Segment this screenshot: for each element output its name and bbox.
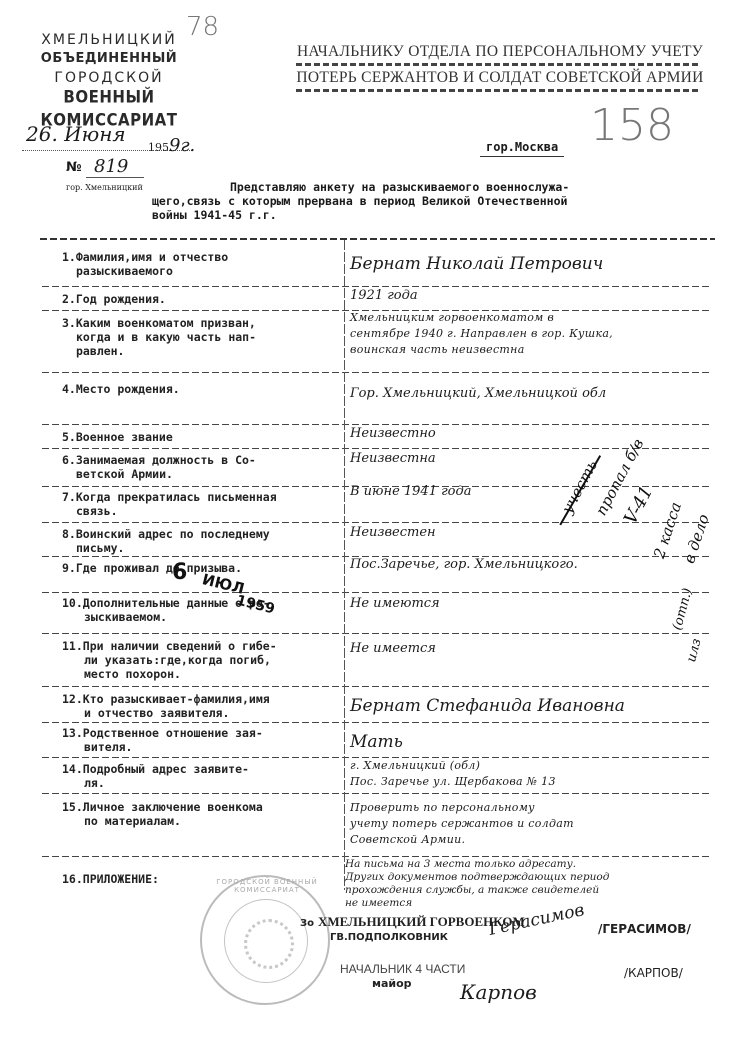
form-field-label: 8.Воинский адрес по последнемуписьму. — [62, 527, 337, 555]
addressee-divider — [296, 89, 700, 92]
label-line: связь. — [62, 504, 337, 518]
form-field-answer: 1921 года — [350, 288, 720, 304]
form-field-answer: Проверить по персональномуучету потерь с… — [350, 800, 720, 848]
row-divider — [42, 633, 712, 634]
label-line: 11.При наличии сведений о гибе- — [62, 639, 337, 653]
label-line: 10.Дополнительные данные о ро- — [62, 596, 337, 610]
date-year: 1959г. — [148, 135, 195, 156]
addressee-city: гор.Москва — [480, 140, 564, 157]
form-field-answer: г. Хмельницкий (обл)Пос. Заречье ул. Щер… — [350, 758, 720, 790]
year-prefix: 195 — [148, 141, 169, 154]
form-field-label: 13.Родственное отношение зая-вителя. — [62, 726, 337, 754]
chief-name: /КАРПОВ/ — [624, 966, 683, 980]
answer-line: Не имеется — [350, 641, 720, 657]
label-line: 3.Каким военкоматом призван, — [62, 316, 337, 330]
row-divider — [42, 286, 712, 287]
answer-line: г. Хмельницкий (обл) — [350, 758, 720, 774]
bottom-note: На письма на 3 места только адресату. Др… — [345, 858, 725, 910]
received-stamp-day: 6 — [172, 560, 187, 585]
label-line: по материалам. — [62, 814, 337, 828]
form-field-label: 9.Где проживал до призыва. — [62, 561, 337, 575]
label-line: 9.Где проживал до призыва. — [62, 561, 337, 575]
intro-paragraph: Представляю анкету на разыскиваемого вое… — [152, 180, 707, 222]
form-field-label: 5.Военное звание — [62, 430, 337, 444]
label-line: место похорон. — [62, 667, 337, 681]
form-field-answer: Не имеются — [350, 596, 720, 612]
archive-number-right: 158 — [590, 100, 674, 151]
commissar-rank: ГВ.ПОДПОЛКОВНИК — [330, 932, 448, 943]
answer-line: Неизвестна — [350, 451, 720, 467]
label-line: разыскиваемого — [62, 264, 337, 278]
form-field-label: 3.Каким военкоматом призван,когда и в ка… — [62, 316, 337, 358]
label-line: 7.Когда прекратилась письменная — [62, 490, 337, 504]
form-field-label: 10.Дополнительные данные о ро-зыскиваемо… — [62, 596, 337, 624]
form-field-label: 12.Кто разыскивает-фамилия,имяи отчество… — [62, 692, 337, 720]
row-divider — [42, 424, 712, 425]
bottom-note-line: не имеется — [345, 897, 725, 910]
label-line: 12.Кто разыскивает-фамилия,имя — [62, 692, 337, 706]
answer-line: Проверить по персональному — [350, 800, 720, 816]
answer-line: Гор. Хмельницкий, Хмельницкой обл — [350, 386, 720, 402]
answer-line: Бернат Стефанида Ивановна — [350, 698, 720, 714]
document-number: 819 — [94, 156, 128, 177]
commissar-prefix: Зо — [300, 918, 314, 929]
seal-text: ГОРОДСКОЙ ВОЕННЫЙ КОМИССАРИАТ — [212, 878, 322, 894]
addressee-divider — [296, 63, 700, 66]
label-line: 4.Место рождения. — [62, 382, 337, 396]
label-line: ли указать:где,когда погиб, — [62, 653, 337, 667]
form-field-label: 15.Личное заключение военкомапо материал… — [62, 800, 337, 828]
form-field-label: 14.Подробный адрес заявите-ля. — [62, 762, 337, 790]
label-line: 8.Воинский адрес по последнему — [62, 527, 337, 541]
stamp-line-2: ОБЪЕДИНЕННЫЙ — [14, 50, 204, 68]
number-label: № — [66, 160, 82, 175]
stamp-line-1: ХМЕЛЬНИЦКИЙ — [14, 30, 204, 50]
row-divider — [42, 722, 712, 723]
answer-line: сентябре 1940 г. Направлен в гор. Кушка, — [350, 326, 720, 342]
form-field-answer: Неизвестно — [350, 426, 720, 442]
answer-line: 1921 года — [350, 288, 720, 304]
form-field-answer: Мать — [350, 734, 720, 750]
answer-line: учету потерь сержантов и солдат — [350, 816, 720, 832]
row-divider — [42, 448, 712, 449]
answer-line: воинская часть неизвестна — [350, 342, 720, 358]
bottom-note-line: прохождения службы, а также свидетелей — [345, 884, 725, 897]
addressee-line-1: НАЧАЛЬНИКУ ОТДЕЛА ПО ПЕРСОНАЛЬНОМУ УЧЕТУ — [290, 43, 710, 61]
answer-line: Хмельницким горвоенкоматом в — [350, 310, 720, 326]
label-line: вителя. — [62, 740, 337, 754]
label-line: 13.Родственное отношение зая- — [62, 726, 337, 740]
label-line: 15.Личное заключение военкома — [62, 800, 337, 814]
row-divider — [42, 592, 712, 593]
label-line: письму. — [62, 541, 337, 555]
form-field-answer: Хмельницким горвоенкоматом всентябре 194… — [350, 310, 720, 358]
label-line: ветской Армии. — [62, 467, 337, 481]
addressee-line-2: ПОТЕРЬ СЕРЖАНТОВ И СОЛДАТ СОВЕТСКОЙ АРМИ… — [290, 69, 710, 87]
column-divider — [344, 240, 345, 890]
chief-title: НАЧАЛЬНИК 4 ЧАСТИ — [340, 962, 465, 976]
form-field-label: 6.Занимаемая должность в Со-ветской Арми… — [62, 453, 337, 481]
label-line: 1.Фамилия,имя и отчество — [62, 250, 337, 264]
label-line: и отчество заявителя. — [62, 706, 337, 720]
answer-line: Мать — [350, 734, 720, 750]
form-field-answer: Гор. Хмельницкий, Хмельницкой обл — [350, 386, 720, 402]
row-divider — [42, 522, 712, 523]
answer-line: В июне 1941 года — [350, 484, 720, 500]
official-seal — [200, 875, 330, 1005]
label-line: когда и в какую часть нап- — [62, 330, 337, 344]
form-top-border — [40, 238, 715, 240]
year-suffix: 9г. — [169, 135, 195, 156]
addressee-block: НАЧАЛЬНИКУ ОТДЕЛА ПО ПЕРСОНАЛЬНОМУ УЧЕТУ… — [290, 43, 710, 95]
answer-line: Неизвестно — [350, 426, 720, 442]
intro-line-1: Представляю анкету на разыскиваемого вое… — [152, 180, 707, 194]
intro-line-2: щего,связь с которым прервана в период В… — [152, 194, 707, 208]
form-field-label: 7.Когда прекратилась письменнаясвязь. — [62, 490, 337, 518]
form-field-answer: В июне 1941 года — [350, 484, 720, 500]
label-line: 5.Военное звание — [62, 430, 337, 444]
row-divider — [42, 856, 712, 857]
label-line: 2.Год рождения. — [62, 292, 337, 306]
row-divider — [42, 793, 712, 794]
form-field-label: 2.Год рождения. — [62, 292, 337, 306]
label-line: зыскиваемом. — [62, 610, 337, 624]
row-divider — [42, 686, 712, 687]
form-field-answer: Не имеется — [350, 641, 720, 657]
form-field-answer: Бернат Николай Петрович — [350, 256, 720, 272]
answer-line: Не имеются — [350, 596, 720, 612]
label-line: равлен. — [62, 344, 337, 358]
form-field-answer: Бернат Стефанида Ивановна — [350, 698, 720, 714]
label-line: 14.Подробный адрес заявите- — [62, 762, 337, 776]
handwritten-date: 26. Июня — [26, 122, 126, 146]
form-field-label: 11.При наличии сведений о гибе-ли указат… — [62, 639, 337, 681]
form-field-label: 1.Фамилия,имя и отчестворазыскиваемого — [62, 250, 337, 278]
archive-number-left: 78 — [186, 12, 219, 42]
chief-signature: Карпов — [460, 980, 537, 1004]
form-field-label: 4.Место рождения. — [62, 382, 337, 396]
intro-line-3: войны 1941-45 г.г. — [152, 208, 707, 222]
bottom-note-line: На письма на 3 места только адресату. — [345, 858, 725, 871]
answer-line: Пос. Заречье ул. Щербакова № 13 — [350, 774, 720, 790]
commissariat-stamp: ХМЕЛЬНИЦКИЙ ОБЪЕДИНЕННЫЙ ГОРОДСКОЙ ВОЕНН… — [14, 30, 204, 128]
answer-line: Бернат Николай Петрович — [350, 256, 720, 272]
bottom-note-line: Других документов подтверждающих период — [345, 871, 725, 884]
chief-rank: майор — [372, 977, 412, 990]
label-line: ля. — [62, 776, 337, 790]
form-field-answer: Неизвестна — [350, 451, 720, 467]
label-line: 6.Занимаемая должность в Со- — [62, 453, 337, 467]
answer-line: Советской Армии. — [350, 832, 720, 848]
row-divider — [42, 372, 712, 373]
stamp-city: гор. Хмельницкий — [66, 183, 143, 192]
commissar-name: /ГЕРАСИМОВ/ — [598, 922, 691, 936]
